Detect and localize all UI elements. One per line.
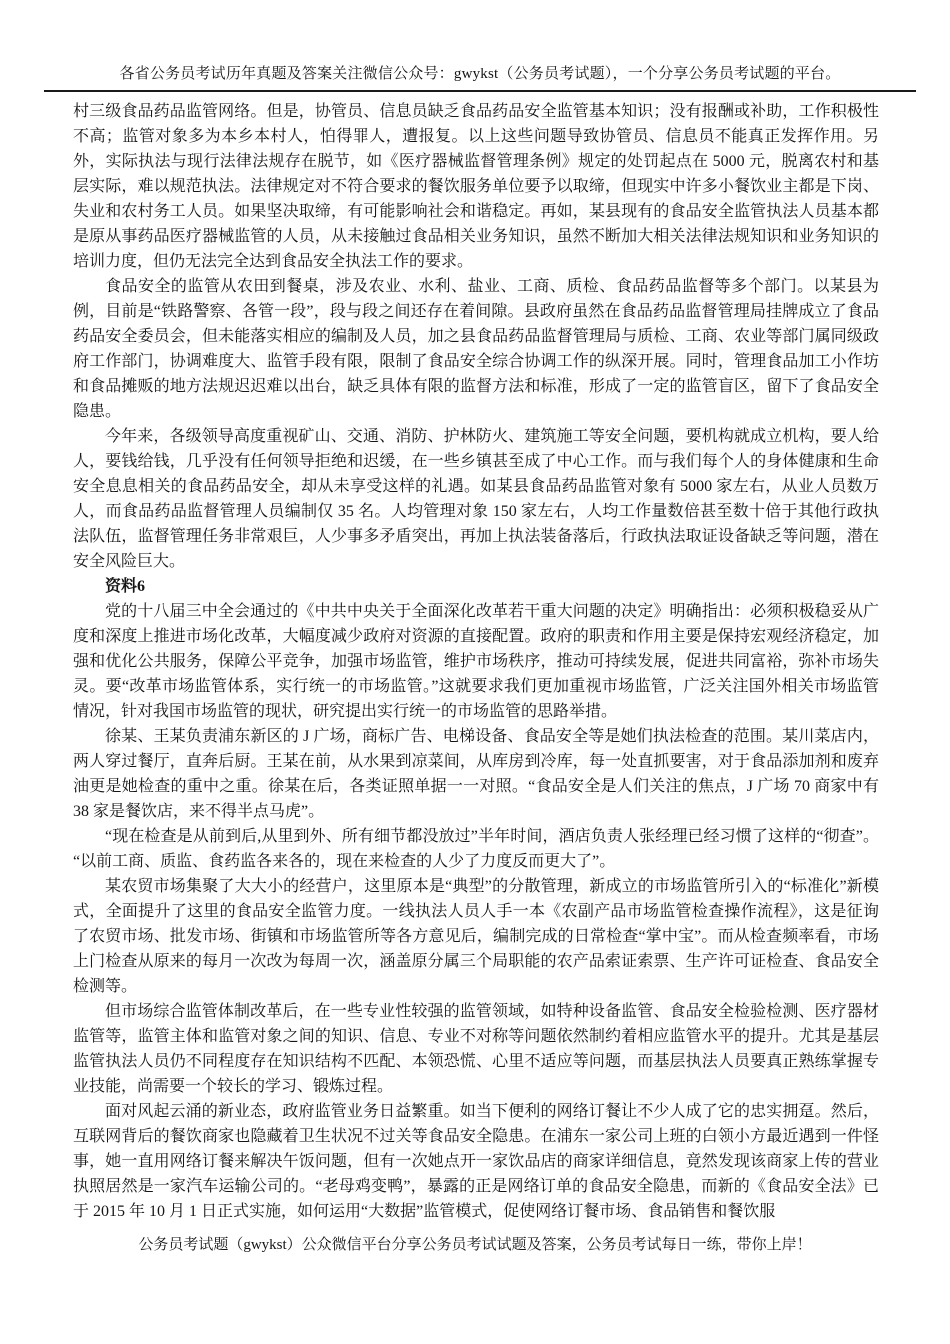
- body-paragraph: 今年来，各级领导高度重视矿山、交通、消防、护林防火、建筑施工等安全问题，要机构就…: [73, 424, 879, 574]
- page-header: 各省公务员考试历年真题及答案关注微信公众号：gwykst（公务员考试题），一个分…: [44, 64, 916, 84]
- footer-text: 公务员考试题（gwykst）公众微信平台分享公务员考试试题及答案，公务员考试每日…: [138, 1237, 811, 1253]
- body-paragraph: 党的十八届三中全会通过的《中共中央关于全面深化改革若干重大问题的决定》明确指出：…: [73, 599, 879, 724]
- document-body: 村三级食品药品监管网络。但是，协管员、信息员缺乏食品药品安全监管基本知识；没有报…: [73, 99, 879, 1224]
- document-page: 各省公务员考试历年真题及答案关注微信公众号：gwykst（公务员考试题），一个分…: [0, 0, 950, 1344]
- header-text: 各省公务员考试历年真题及答案关注微信公众号：gwykst（公务员考试题），一个分…: [119, 66, 840, 82]
- body-paragraph: 面对风起云涌的新业态，政府监管业务日益繁重。如当下便利的网络订餐让不少人成了它的…: [73, 1099, 879, 1224]
- body-paragraph: 但市场综合监管体制改革后，在一些专业性较强的监管领域，如特种设备监管、食品安全检…: [73, 999, 879, 1099]
- header-divider: [44, 90, 916, 92]
- body-paragraph: 村三级食品药品监管网络。但是，协管员、信息员缺乏食品药品安全监管基本知识；没有报…: [73, 99, 879, 274]
- body-paragraph: 食品安全的监管从农田到餐桌，涉及农业、水利、盐业、工商、质检、食品药品监督等多个…: [73, 274, 879, 424]
- body-paragraph: 某农贸市场集聚了大大小的经营户，这里原本是“典型”的分散管理，新成立的市场监管所…: [73, 874, 879, 999]
- body-paragraph: “现在检查是从前到后,从里到外、所有细节都没放过”半年时间，酒店负责人张经理已经…: [73, 824, 879, 874]
- body-paragraph: 徐某、王某负责浦东新区的 J 广场，商标广告、电梯设备、食品安全等是她们执法检查…: [73, 724, 879, 824]
- page-footer: 公务员考试题（gwykst）公众微信平台分享公务员考试试题及答案，公务员考试每日…: [75, 1235, 875, 1255]
- section-heading: 资料6: [73, 574, 879, 599]
